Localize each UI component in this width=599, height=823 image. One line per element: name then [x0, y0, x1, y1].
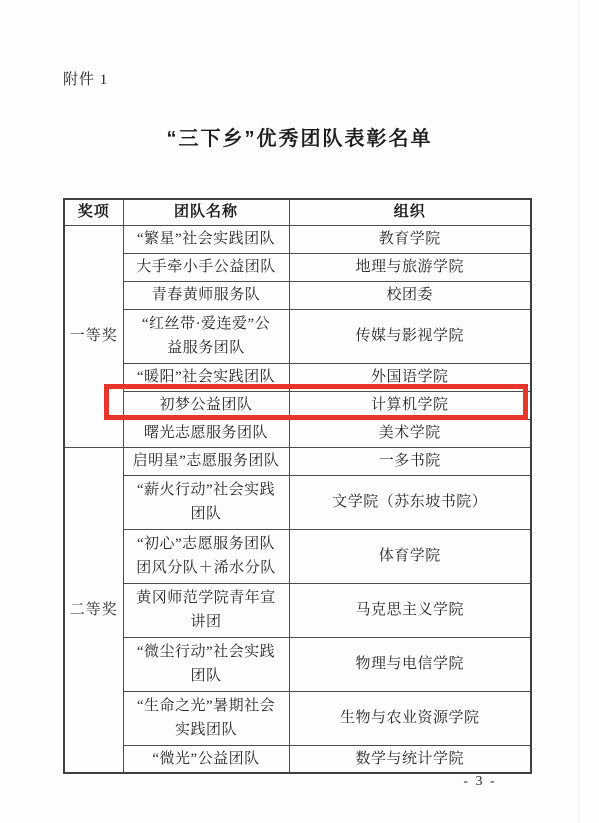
table-row: “红丝带·爱连爱”公 益服务团队 传媒与影视学院	[64, 309, 531, 363]
team-cell: “生命之光”暑期社会 实践团队	[123, 691, 289, 745]
team-cell: “初心”志愿服务团队 团风分队＋浠水分队	[123, 529, 289, 583]
table-row: “薪火行动”社会实践 团队 文学院（苏东坡书院）	[64, 475, 531, 529]
table-row: 曙光志愿服务团队 美术学院	[64, 419, 531, 447]
org-cell: 外国语学院	[289, 363, 531, 391]
team-cell: “繁星”社会实践团队	[123, 225, 289, 253]
page-number: - 3 -	[445, 774, 515, 790]
scanned-document-page: 附件 1 “三下乡”优秀团队表彰名单 奖项 团队名称 组织 一等奖 “繁星”社会…	[0, 0, 599, 823]
org-cell: 教育学院	[289, 225, 531, 253]
table-row: 一等奖 “繁星”社会实践团队 教育学院	[64, 225, 531, 253]
table-row: “暖阳”社会实践团队 外国语学院	[64, 363, 531, 391]
table-row: “初心”志愿服务团队 团风分队＋浠水分队 体育学院	[64, 529, 531, 583]
award-table: 奖项 团队名称 组织 一等奖 “繁星”社会实践团队 教育学院 大手牵小手公益团队…	[63, 198, 532, 774]
table-row: “微尘行动”社会实践 团队 物理与电信学院	[64, 637, 531, 691]
table-row: 青春黄师服务队 校团委	[64, 281, 531, 309]
page-title: “三下乡”优秀团队表彰名单	[0, 122, 599, 151]
org-cell: 美术学院	[289, 419, 531, 447]
org-cell: 校团委	[289, 281, 531, 309]
team-cell: “微光”公益团队	[123, 745, 289, 773]
table-row: 大手牵小手公益团队 地理与旅游学院	[64, 253, 531, 281]
team-cell: 黄冈师范学院青年宣 讲团	[123, 583, 289, 637]
org-cell: 计算机学院	[289, 391, 531, 419]
team-cell: 青春黄师服务队	[123, 281, 289, 309]
org-cell: 生物与农业资源学院	[289, 691, 531, 745]
table-row: 二等奖 启明星”志愿服务团队 一多书院	[64, 447, 531, 475]
team-cell: “微尘行动”社会实践 团队	[123, 637, 289, 691]
header-org: 组织	[289, 199, 531, 225]
team-cell: 启明星”志愿服务团队	[123, 447, 289, 475]
team-cell: “红丝带·爱连爱”公 益服务团队	[123, 309, 289, 363]
table-header-row: 奖项 团队名称 组织	[64, 199, 531, 225]
org-cell: 数学与统计学院	[289, 745, 531, 773]
org-cell: 一多书院	[289, 447, 531, 475]
award-group-second-prize: 二等奖	[64, 447, 123, 773]
team-cell: 大手牵小手公益团队	[123, 253, 289, 281]
attachment-label: 附件 1	[63, 68, 108, 89]
org-cell: 体育学院	[289, 529, 531, 583]
org-cell: 物理与电信学院	[289, 637, 531, 691]
award-group-first-prize: 一等奖	[64, 225, 123, 447]
table-row: “生命之光”暑期社会 实践团队 生物与农业资源学院	[64, 691, 531, 745]
table-row: “微光”公益团队 数学与统计学院	[64, 745, 531, 773]
org-cell: 地理与旅游学院	[289, 253, 531, 281]
org-cell: 文学院（苏东坡书院）	[289, 475, 531, 529]
table-row: 黄冈师范学院青年宣 讲团 马克思主义学院	[64, 583, 531, 637]
team-cell: “暖阳”社会实践团队	[123, 363, 289, 391]
team-cell: 初梦公益团队	[123, 391, 289, 419]
org-cell: 传媒与影视学院	[289, 309, 531, 363]
team-cell: 曙光志愿服务团队	[123, 419, 289, 447]
header-team: 团队名称	[123, 199, 289, 225]
team-cell: “薪火行动”社会实践 团队	[123, 475, 289, 529]
org-cell: 马克思主义学院	[289, 583, 531, 637]
header-award: 奖项	[64, 199, 123, 225]
table-row-highlighted: 初梦公益团队 计算机学院	[64, 391, 531, 419]
